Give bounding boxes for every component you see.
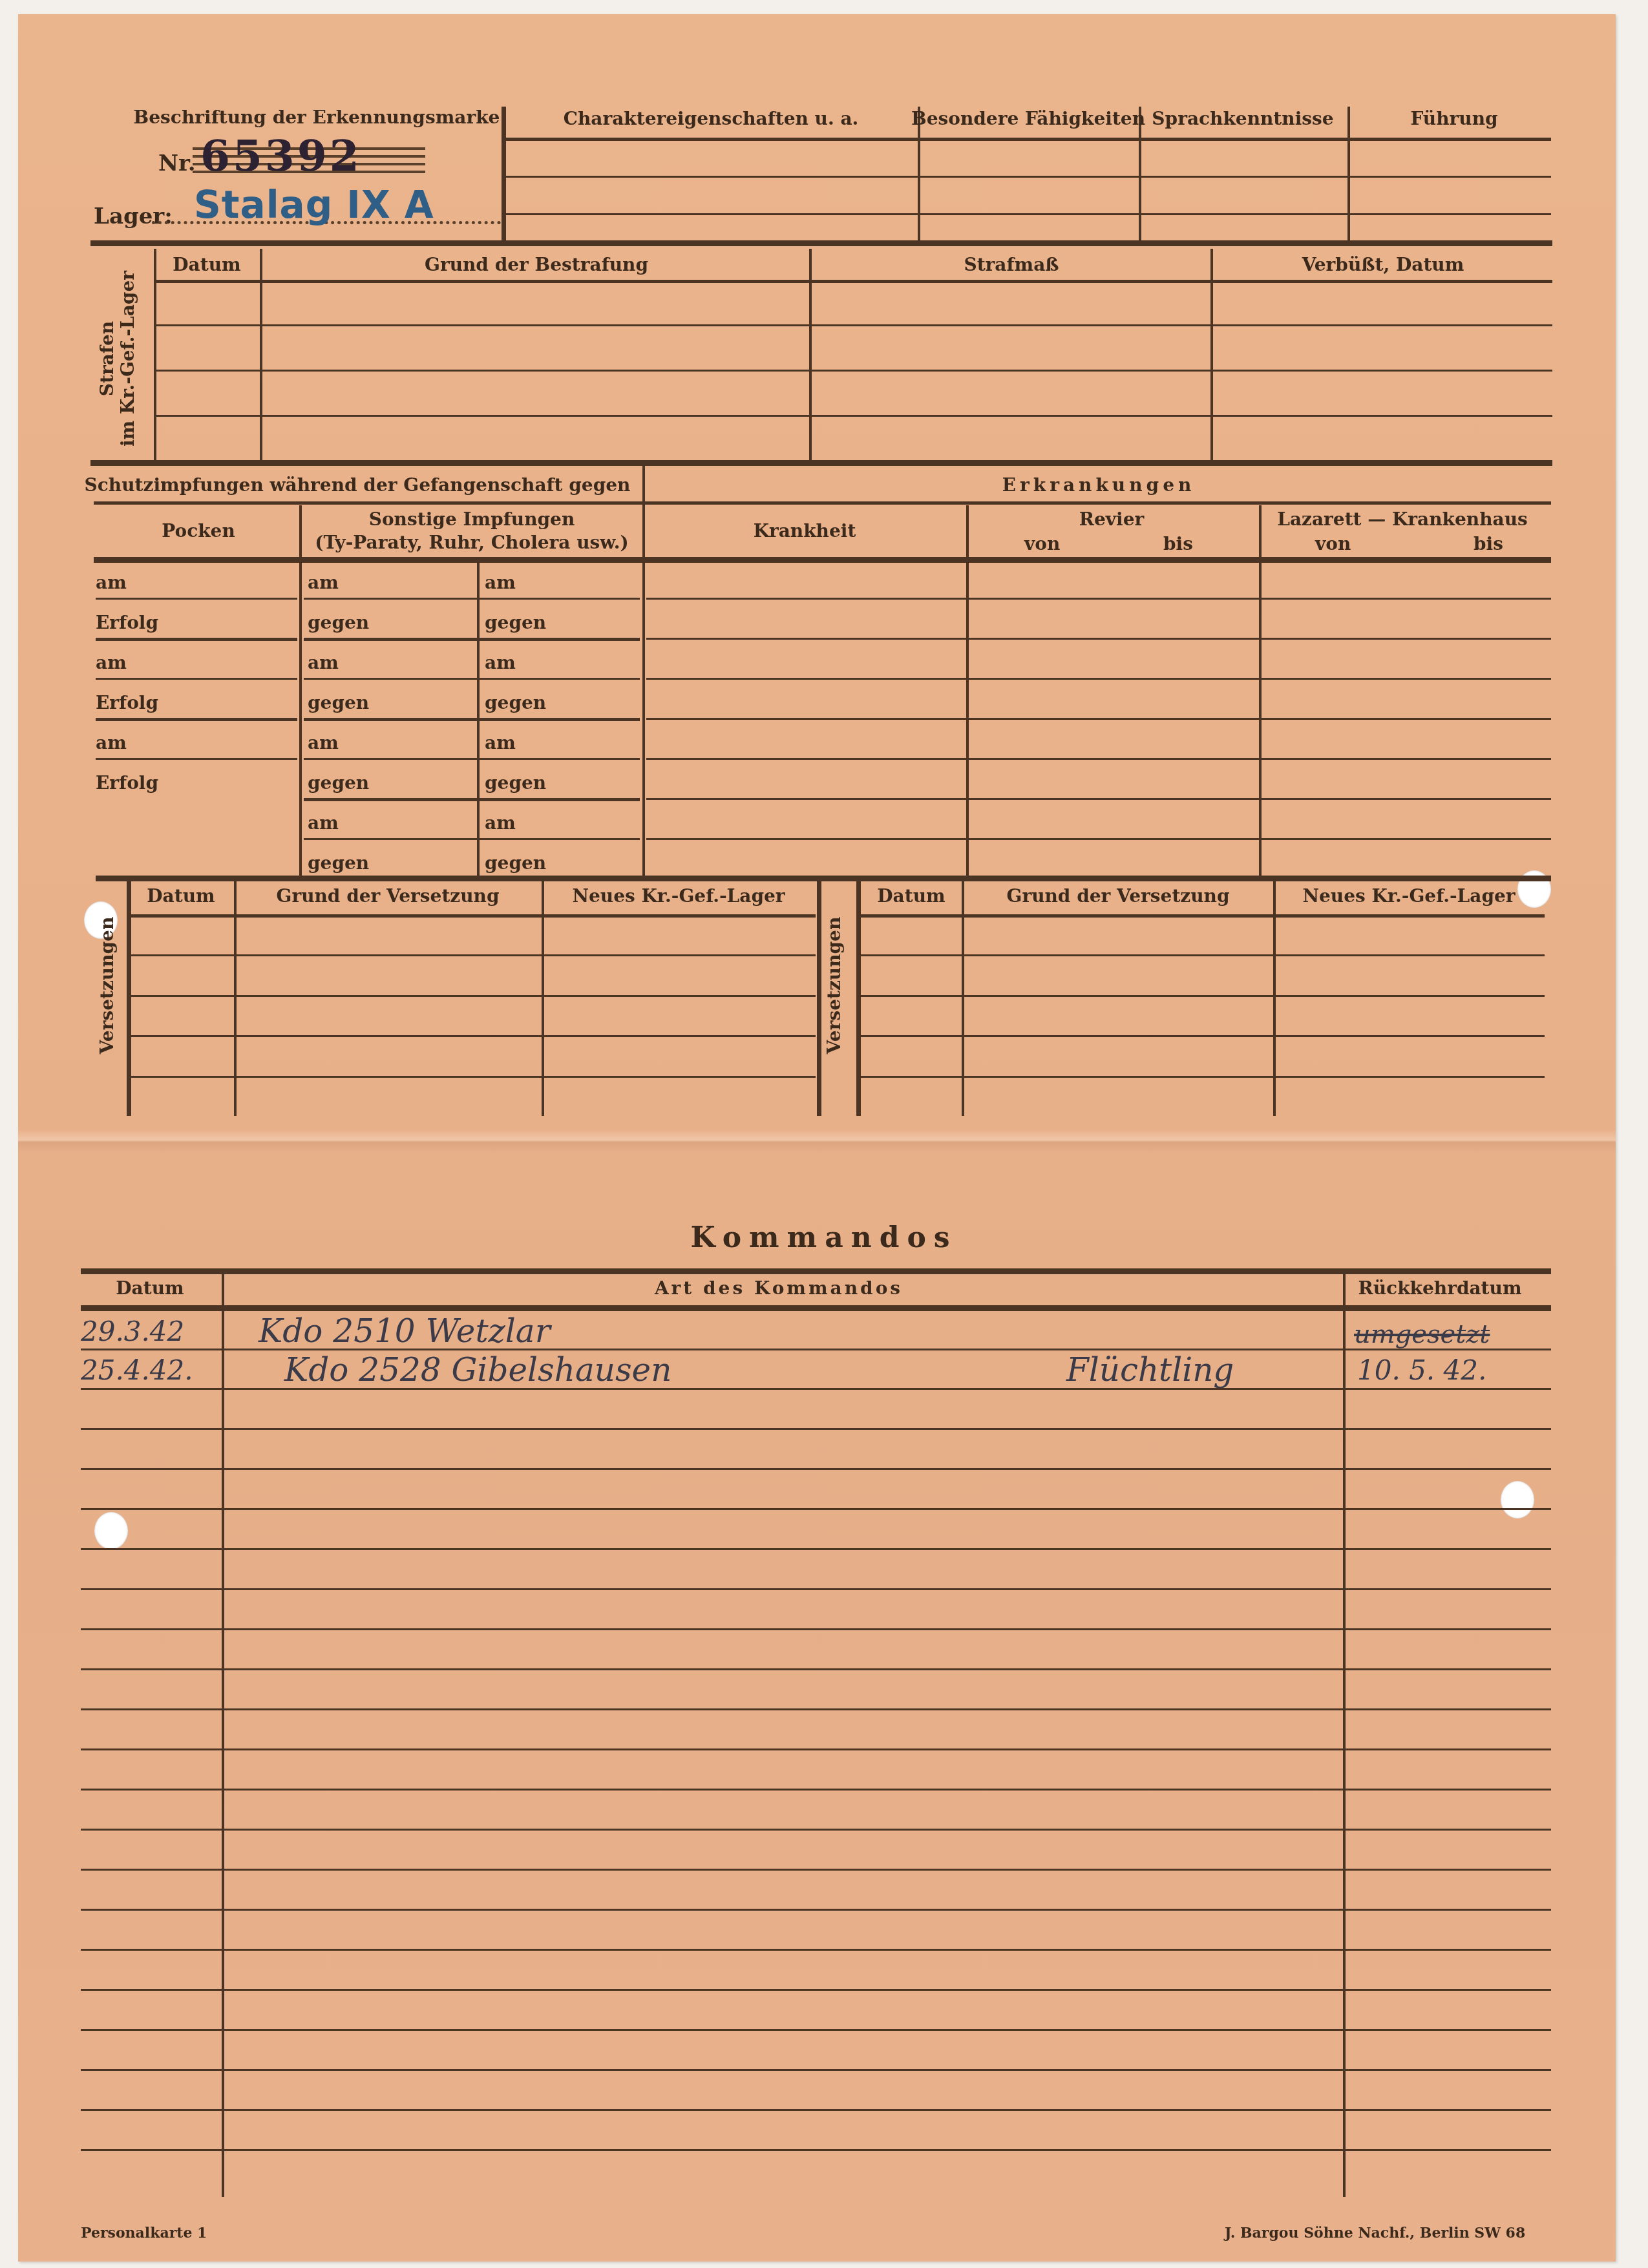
rule [90, 460, 1552, 466]
rule [304, 798, 640, 801]
rule [155, 415, 1552, 417]
rule [646, 678, 1551, 680]
rule [81, 1388, 1551, 1390]
printer-imprint: J. Bargou Söhne Nachf., Berlin SW 68 [1225, 2226, 1525, 2240]
pocken-row: Erfolg [96, 694, 158, 712]
sonstige-row-2: gegen [485, 614, 546, 632]
sonstige-row-2: am [485, 654, 516, 672]
sonstige-row: gegen [308, 854, 369, 872]
rule [96, 678, 297, 680]
divider [642, 465, 645, 877]
fold-crease [18, 1129, 1616, 1153]
rule [81, 1428, 1551, 1430]
col-neues-lager: Neues Kr.-Gef.-Lager [572, 887, 785, 905]
col-grund-der-versetzung: Grund der Versetzung [1006, 887, 1229, 905]
nr-label: Nr. [158, 152, 196, 174]
entry-note: Flüchtling [1066, 1354, 1234, 1386]
rule [81, 2149, 1551, 2151]
rule [81, 1869, 1551, 1871]
rule [96, 718, 297, 721]
rule [155, 370, 1552, 372]
nr-value: 65392 [200, 134, 362, 177]
rule [129, 954, 816, 956]
pocken-row: Erfolg [96, 614, 158, 632]
col-grund-der-versetzung: Grund der Versetzung [276, 887, 499, 905]
col-besondere-faehigkeiten: Besondere Fähigkeiten [911, 110, 1145, 128]
rule [81, 1268, 1551, 1274]
entry-datum: 25.4.42. [81, 1357, 193, 1384]
rule [304, 598, 640, 600]
rule [81, 1989, 1551, 1991]
col-rueckkehrdatum: Rückkehrdatum [1358, 1279, 1521, 1297]
divider [1259, 505, 1262, 877]
rule [81, 1789, 1551, 1790]
rule [81, 2069, 1551, 2071]
rule [304, 838, 640, 840]
sonstige-row-2: am [485, 814, 516, 832]
col-krankheit: Krankheit [754, 522, 856, 540]
col-fuehrung: Führung [1410, 110, 1497, 128]
rule [304, 758, 640, 760]
pocken-row: Erfolg [96, 774, 158, 792]
divider [1347, 107, 1350, 242]
rule [81, 1829, 1551, 1831]
punch-hole [94, 1512, 128, 1549]
sonstige-row-2: am [485, 574, 516, 592]
rule [81, 1508, 1551, 1510]
rule [304, 638, 640, 641]
impfungen-title: Schutzimpfungen während der Gefangenscha… [85, 476, 631, 494]
rule [860, 1076, 1545, 1078]
punch-hole [1501, 1481, 1534, 1518]
rule [155, 280, 1552, 283]
entry-rueckkehr: 10. 5. 42. [1357, 1357, 1486, 1384]
col-verbuesst-datum: Verbüßt, Datum [1302, 256, 1464, 274]
rule [129, 1076, 816, 1078]
sonstige-row-2: gegen [485, 694, 546, 712]
sonstige-row: am [308, 734, 339, 752]
divider [1343, 1273, 1346, 2197]
divider [299, 562, 302, 876]
rule [860, 954, 1545, 956]
rule [81, 1668, 1551, 1670]
rule [81, 1468, 1551, 1470]
divider [222, 1273, 224, 2197]
col-datum: Datum [877, 887, 945, 905]
rule [81, 2109, 1551, 2111]
rule [96, 598, 297, 600]
rule [81, 1628, 1551, 1630]
rule [90, 240, 1552, 246]
rule [504, 138, 1551, 141]
rule [860, 914, 1545, 918]
rule [304, 678, 640, 680]
rule [860, 1035, 1545, 1037]
col-lazarett-krankenhaus: Lazarett — Krankenhaus [1277, 510, 1528, 529]
rule [81, 1349, 1551, 1350]
sonstige-row-2: am [485, 734, 516, 752]
rule [129, 995, 816, 997]
rule [646, 598, 1551, 600]
rule [860, 995, 1545, 997]
rule [129, 1035, 816, 1037]
pocken-row: am [96, 654, 127, 672]
lazarett-bis: bis [1474, 535, 1503, 553]
entry-datum: 29.3.42 [81, 1318, 184, 1345]
rule [304, 718, 640, 721]
rule [646, 838, 1551, 840]
rule [94, 501, 1551, 505]
entry-art: Kdo 2528 Gibelshausen [284, 1354, 671, 1386]
sonstige-row: am [308, 574, 339, 592]
rule [81, 1949, 1551, 1951]
rule [81, 1588, 1551, 1590]
rule [646, 798, 1551, 800]
col-charaktereigenschaften: Charaktereigenschaften u. a. [564, 110, 859, 128]
divider [817, 880, 821, 1116]
rule [504, 213, 1551, 215]
sonstige-row: gegen [308, 614, 369, 632]
divider [502, 107, 506, 242]
rule [96, 876, 1551, 881]
col-sonstige-detail: (Ty-Paraty, Ruhr, Cholera usw.) [315, 534, 628, 552]
revier-von: von [1024, 535, 1060, 553]
revier-bis: bis [1163, 535, 1193, 553]
strafen-side-label: Strafen im Kr.-Gef.-Lager [97, 262, 138, 456]
sonstige-row: gegen [308, 774, 369, 792]
rule [646, 718, 1551, 720]
versetzungen-side-label-right: Versetzungen [824, 905, 845, 1066]
rule [94, 557, 1551, 563]
col-revier: Revier [1079, 510, 1145, 529]
rule [81, 1305, 1551, 1311]
rule [646, 758, 1551, 760]
col-neues-lager: Neues Kr.-Gef.-Lager [1302, 887, 1515, 905]
rule [129, 914, 816, 918]
rule [81, 1748, 1551, 1750]
erkennungsmarke-label: Beschriftung der Erkennungsmarke [134, 109, 500, 127]
col-art-des-kommandos: Art des Kommandos [655, 1279, 903, 1297]
col-datum: Datum [147, 887, 215, 905]
rule [646, 638, 1551, 640]
lazarett-von: von [1315, 535, 1351, 553]
col-datum: Datum [116, 1279, 184, 1297]
rule [81, 1909, 1551, 1911]
entry-rueckkehr: umgesetzt [1354, 1321, 1490, 1347]
divider [966, 505, 969, 877]
divider [299, 505, 302, 557]
versetzungen-side-label-left: Versetzungen [97, 905, 118, 1066]
col-datum: Datum [173, 256, 240, 274]
col-grund-der-bestrafung: Grund der Bestrafung [425, 256, 648, 274]
rule [504, 176, 1551, 178]
erkrankungen-title: Erkrankungen [1002, 476, 1196, 494]
kommandos-title: Kommandos [690, 1221, 957, 1254]
col-sprachkenntnisse: Sprachkenntnisse [1152, 110, 1333, 128]
form-id: Personalkarte 1 [81, 2226, 207, 2240]
pocken-row: am [96, 574, 127, 592]
sonstige-row: am [308, 654, 339, 672]
rule [96, 758, 297, 760]
col-strafmass: Strafmaß [964, 256, 1059, 274]
lager-stamp: Stalag IX A [194, 186, 434, 224]
col-sonstige-impfungen: Sonstige Impfungen [369, 510, 575, 529]
entry-art: Kdo 2510 Wetzlar [259, 1315, 551, 1347]
pocken-row: am [96, 734, 127, 752]
rule [81, 1708, 1551, 1710]
rule [81, 1548, 1551, 1550]
sonstige-row: am [308, 814, 339, 832]
sonstige-row-2: gegen [485, 774, 546, 792]
rule [155, 324, 1552, 326]
rule [81, 2029, 1551, 2031]
sonstige-row: gegen [308, 694, 369, 712]
sonstige-row-2: gegen [485, 854, 546, 872]
rule [96, 638, 297, 641]
col-pocken: Pocken [162, 522, 235, 540]
